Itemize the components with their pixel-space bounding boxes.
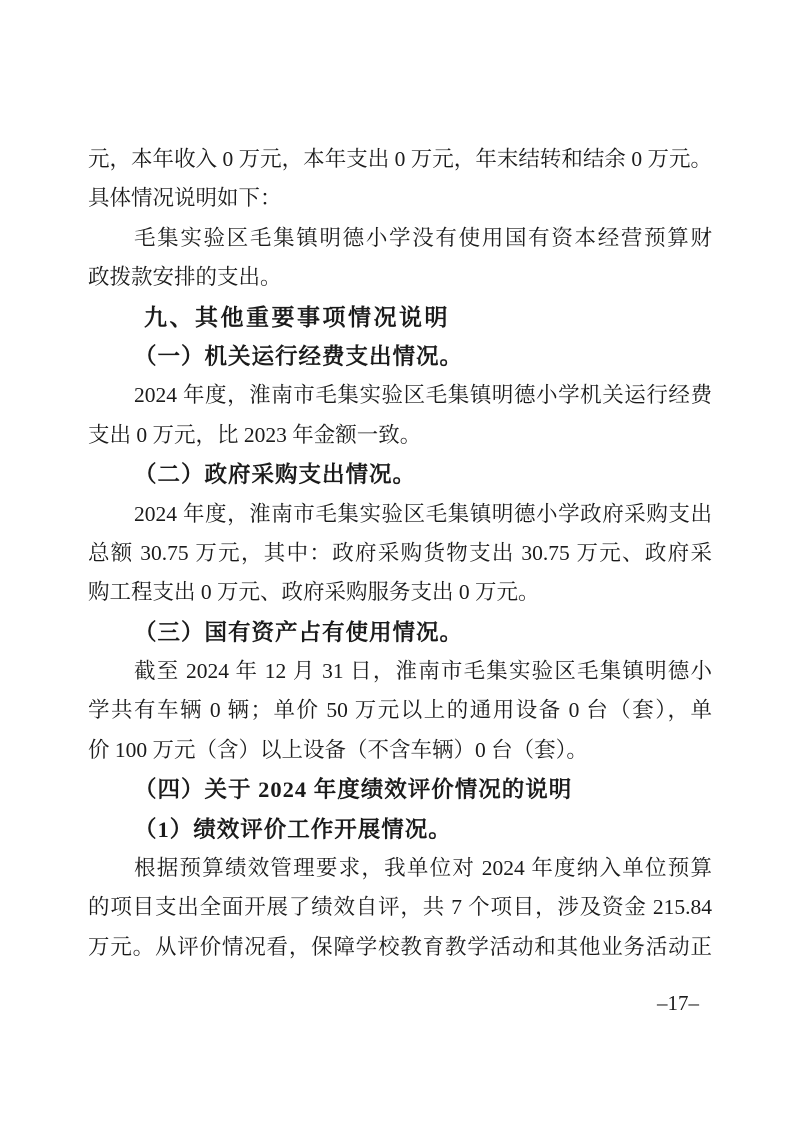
text-line: 元，本年收入 0 万元，本年支出 0 万元，年末结转和结余 0 万元。	[88, 140, 712, 179]
text-line: 的项目支出全面开展了绩效自评，共 7 个项目，涉及资金 215.84	[88, 888, 712, 927]
section-heading: （四）关于 2024 年度绩效评价情况的说明	[88, 770, 712, 809]
section-heading: 九、其他重要事项情况说明	[88, 298, 712, 337]
text-line: 支出 0 万元，比 2023 年金额一致。	[88, 416, 712, 455]
text-line: 毛集实验区毛集镇明德小学没有使用国有资本经营预算财	[88, 219, 712, 258]
text-line: 学共有车辆 0 辆；单价 50 万元以上的通用设备 0 台（套），单	[88, 691, 712, 730]
text-line: 具体情况说明如下：	[88, 179, 712, 218]
text-line: 根据预算绩效管理要求，我单位对 2024 年度纳入单位预算	[88, 849, 712, 888]
section-heading: （1）绩效评价工作开展情况。	[88, 810, 712, 849]
text-line: 价 100 万元（含）以上设备（不含车辆）0 台（套）。	[88, 731, 712, 770]
section-heading: （一）机关运行经费支出情况。	[88, 337, 712, 376]
section-heading: （三）国有资产占有使用情况。	[88, 613, 712, 652]
text-line: 2024 年度，淮南市毛集实验区毛集镇明德小学机关运行经费	[88, 376, 712, 415]
text-line: 2024 年度，淮南市毛集实验区毛集镇明德小学政府采购支出	[88, 495, 712, 534]
text-line: 万元。从评价情况看，保障学校教育教学活动和其他业务活动正	[88, 928, 712, 967]
text-line: 截至 2024 年 12 月 31 日，淮南市毛集实验区毛集镇明德小	[88, 652, 712, 691]
text-line: 总额 30.75 万元，其中：政府采购货物支出 30.75 万元、政府采	[88, 534, 712, 573]
document-page: 元，本年收入 0 万元，本年支出 0 万元，年末结转和结余 0 万元。具体情况说…	[0, 0, 793, 1122]
page-number: –17–	[633, 991, 723, 1015]
document-body: 元，本年收入 0 万元，本年支出 0 万元，年末结转和结余 0 万元。具体情况说…	[88, 140, 712, 967]
section-heading: （二）政府采购支出情况。	[88, 455, 712, 494]
text-line: 购工程支出 0 万元、政府采购服务支出 0 万元。	[88, 573, 712, 612]
text-line: 政拨款安排的支出。	[88, 258, 712, 297]
